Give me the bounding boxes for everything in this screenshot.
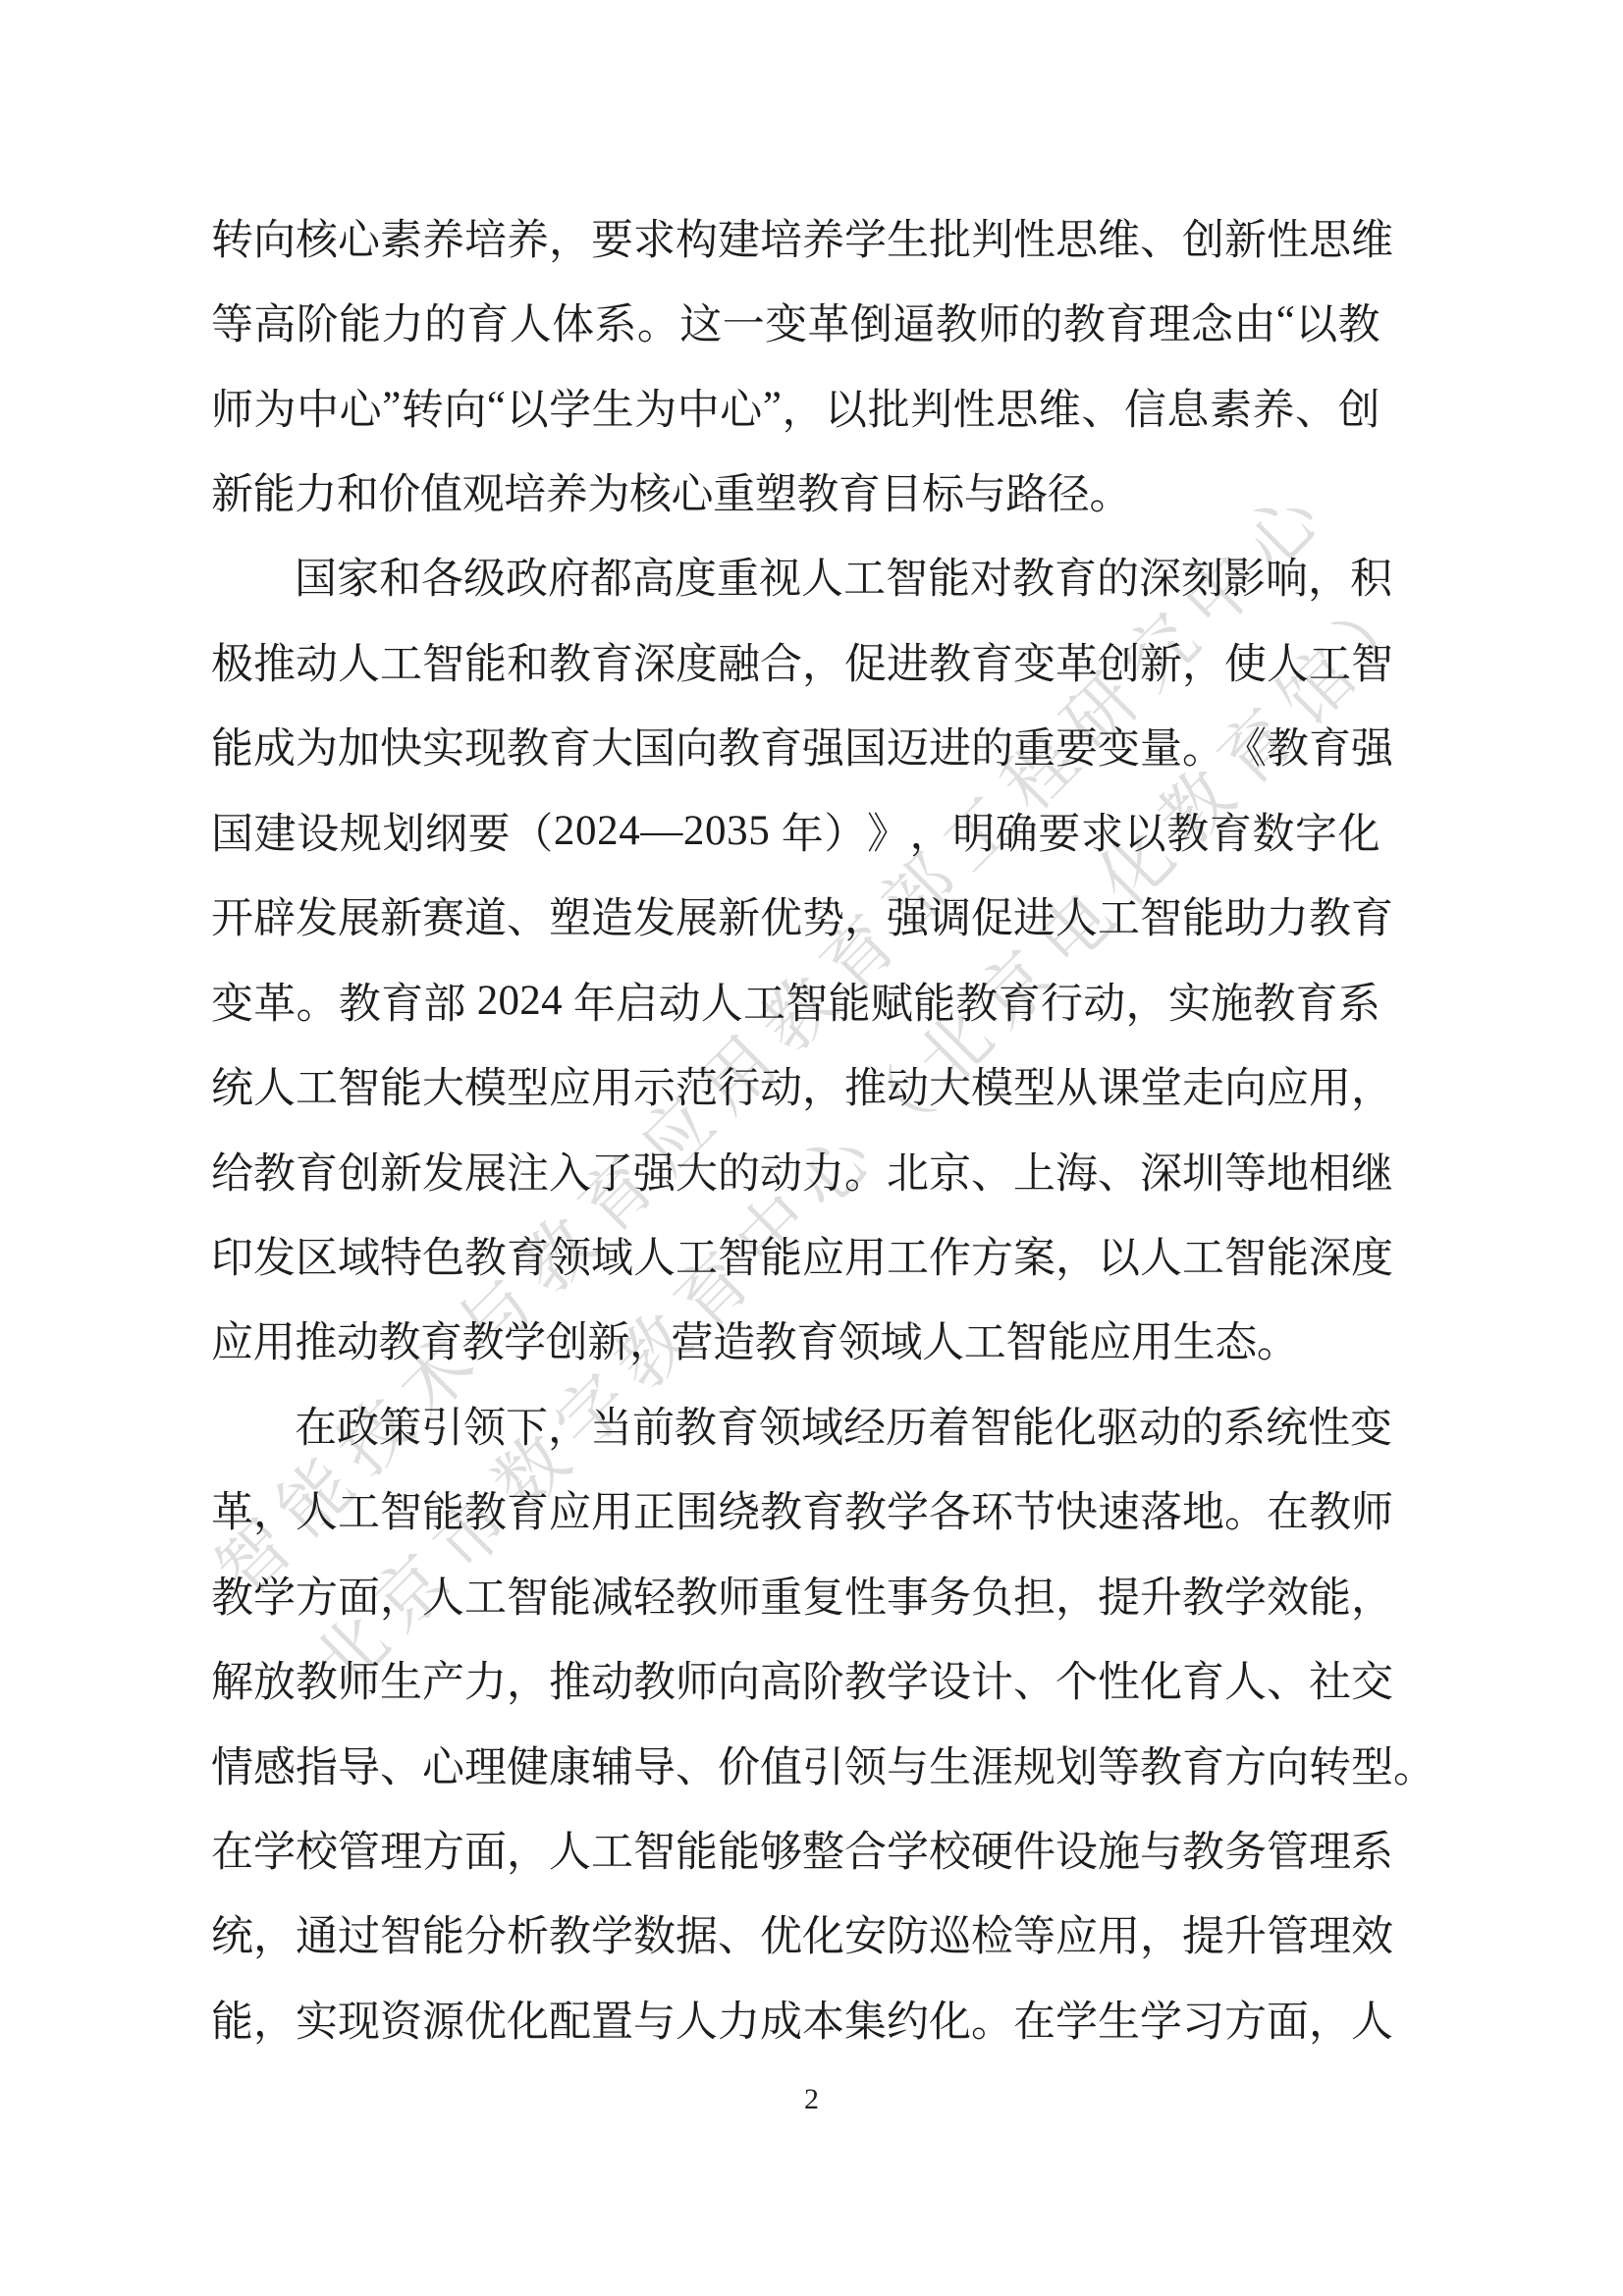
text-line: 教学方面，人工智能减轻教师重复性事务负担，提升教学效能， bbox=[211, 1552, 1380, 1636]
paragraph-indent bbox=[211, 1424, 295, 1425]
text-line: 极推动人工智能和教育深度融合，促进教育变革创新，使人工智 bbox=[211, 618, 1380, 703]
paragraph-indent bbox=[211, 575, 295, 576]
text-line: 国建设规划纲要（2024—2035 年）》，明确要求以教育数字化 bbox=[211, 788, 1380, 873]
text-line: 在政策引领下，当前教育领域经历着智能化驱动的系统性变 bbox=[211, 1382, 1380, 1467]
text-line: 情感指导、心理健康辅导、价值引领与生涯规划等教育方向转型。 bbox=[211, 1722, 1380, 1806]
text-line: 革，人工智能教育应用正围绕教育教学各环节快速落地。在教师 bbox=[211, 1468, 1380, 1552]
body-text: 转向核心素养培养，要求构建培养学生批判性思维、创新性思维等高阶能力的育人体系。这… bbox=[211, 194, 1380, 2061]
text-line: 印发区域特色教育领域人工智能应用工作方案，以人工智能深度 bbox=[211, 1212, 1380, 1297]
text-line: 变革。教育部 2024 年启动人工智能赋能教育行动，实施教育系 bbox=[211, 958, 1380, 1042]
text-line: 转向核心素养培养，要求构建培养学生批判性思维、创新性思维 bbox=[211, 194, 1380, 279]
text-line: 统，通过智能分析教学数据、优化安防巡检等应用，提升管理效 bbox=[211, 1892, 1380, 1976]
text-line: 应用推动教育教学创新，营造教育领域人工智能应用生态。 bbox=[211, 1298, 1380, 1382]
document-page: 智能技术与教育应用教育部工程研究中心 北京市数字教育中心（北京电化教育馆） 转向… bbox=[0, 0, 1623, 2296]
text-line: 新能力和价值观培养为核心重塑教育目标与路径。 bbox=[211, 449, 1380, 533]
text-line: 给教育创新发展注入了强大的动力。北京、上海、深圳等地相继 bbox=[211, 1128, 1380, 1212]
text-line: 能，实现资源优化配置与人力成本集约化。在学生学习方面，人 bbox=[211, 1976, 1380, 2060]
text-line: 开辟发展新赛道、塑造发展新优势，强调促进人工智能助力教育 bbox=[211, 874, 1380, 958]
text-line: 统人工智能大模型应用示范行动，推动大模型从课堂走向应用， bbox=[211, 1042, 1380, 1127]
text-line: 等高阶能力的育人体系。这一变革倒逼教师的教育理念由“以教 bbox=[211, 279, 1380, 363]
text-line: 师为中心”转向“以学生为中心”，以批判性思维、信息素养、创 bbox=[211, 364, 1380, 449]
text-line: 在学校管理方面，人工智能能够整合学校硬件设施与教务管理系 bbox=[211, 1806, 1380, 1891]
page-number: 2 bbox=[0, 2083, 1623, 2116]
text-line: 能成为加快实现教育大国向教育强国迈进的重要变量。《教育强 bbox=[211, 704, 1380, 788]
text-line: 国家和各级政府都高度重视人工智能对教育的深刻影响，积 bbox=[211, 534, 1380, 618]
text-line: 解放教师生产力，推动教师向高阶教学设计、个性化育人、社交 bbox=[211, 1636, 1380, 1721]
